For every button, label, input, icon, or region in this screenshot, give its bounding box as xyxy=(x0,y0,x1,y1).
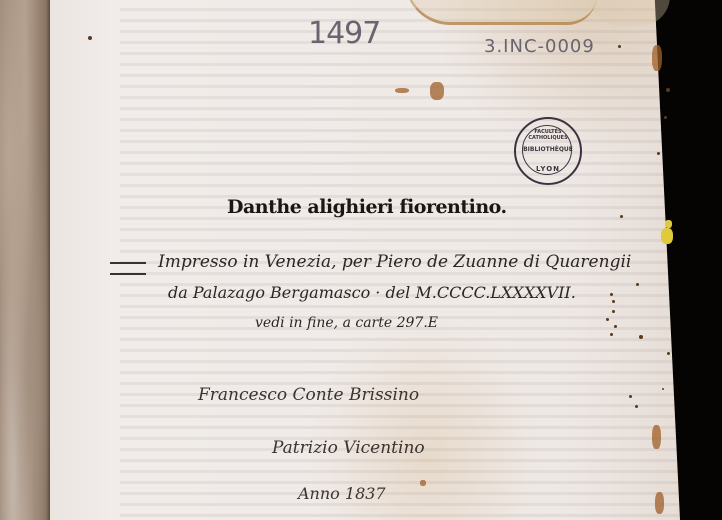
stamp-bottom-text: LYON xyxy=(516,165,580,173)
manuscript-line-2: da Palazago Bergamasco · del M.CCCC.LXXX… xyxy=(168,283,576,302)
wormhole xyxy=(88,36,92,40)
yellow-stain xyxy=(665,220,672,228)
wormhole xyxy=(635,405,638,408)
wormhole xyxy=(629,395,632,398)
ownership-line-2: Patrizio Vicentino xyxy=(272,438,425,458)
manuscript-line-1: Impresso in Venezia, per Piero de Zuanne… xyxy=(158,252,631,272)
wormhole xyxy=(614,325,617,328)
stamp-middle-text: BIBLIOTHÈQUE xyxy=(516,146,580,153)
manuscript-line-3: vedi in fine, a carte 297.E xyxy=(255,315,438,331)
wormhole xyxy=(664,116,667,119)
wormhole xyxy=(666,88,670,92)
double-dash-mark xyxy=(110,262,146,275)
wormhole xyxy=(667,352,670,355)
foxing-spot xyxy=(652,425,661,449)
yellow-stain xyxy=(661,228,673,244)
pencil-note-shelfmark: 3.INC-0009 xyxy=(484,36,595,57)
wormhole xyxy=(606,318,609,321)
wormhole xyxy=(636,283,639,286)
ownership-line-3: Anno 1837 xyxy=(298,484,386,503)
wormhole xyxy=(639,335,643,339)
wormhole xyxy=(612,300,615,303)
foxing-spot xyxy=(652,45,662,71)
wormhole xyxy=(610,333,613,336)
wormhole xyxy=(612,310,615,313)
wormhole xyxy=(610,293,613,296)
wormhole xyxy=(618,45,621,48)
water-stain-top xyxy=(405,0,597,25)
foxing-spot xyxy=(420,480,426,486)
printed-title: Danthe alighieri fiorentino. xyxy=(227,196,507,218)
foxing-spot xyxy=(395,88,409,93)
library-stamp: FACULTÉS CATHOLIQUES BIBLIOTHÈQUE LYON xyxy=(514,117,582,185)
wormhole xyxy=(657,152,660,155)
foxing-spot xyxy=(430,82,444,100)
pencil-note-year: 1497 xyxy=(308,16,380,51)
foxing-spot xyxy=(655,492,664,514)
wormhole xyxy=(662,388,664,390)
book-binding-edge xyxy=(0,0,50,520)
ownership-line-1: Francesco Conte Brissino xyxy=(198,385,419,405)
wormhole xyxy=(620,215,623,218)
stamp-top-text: FACULTÉS CATHOLIQUES xyxy=(516,129,580,141)
